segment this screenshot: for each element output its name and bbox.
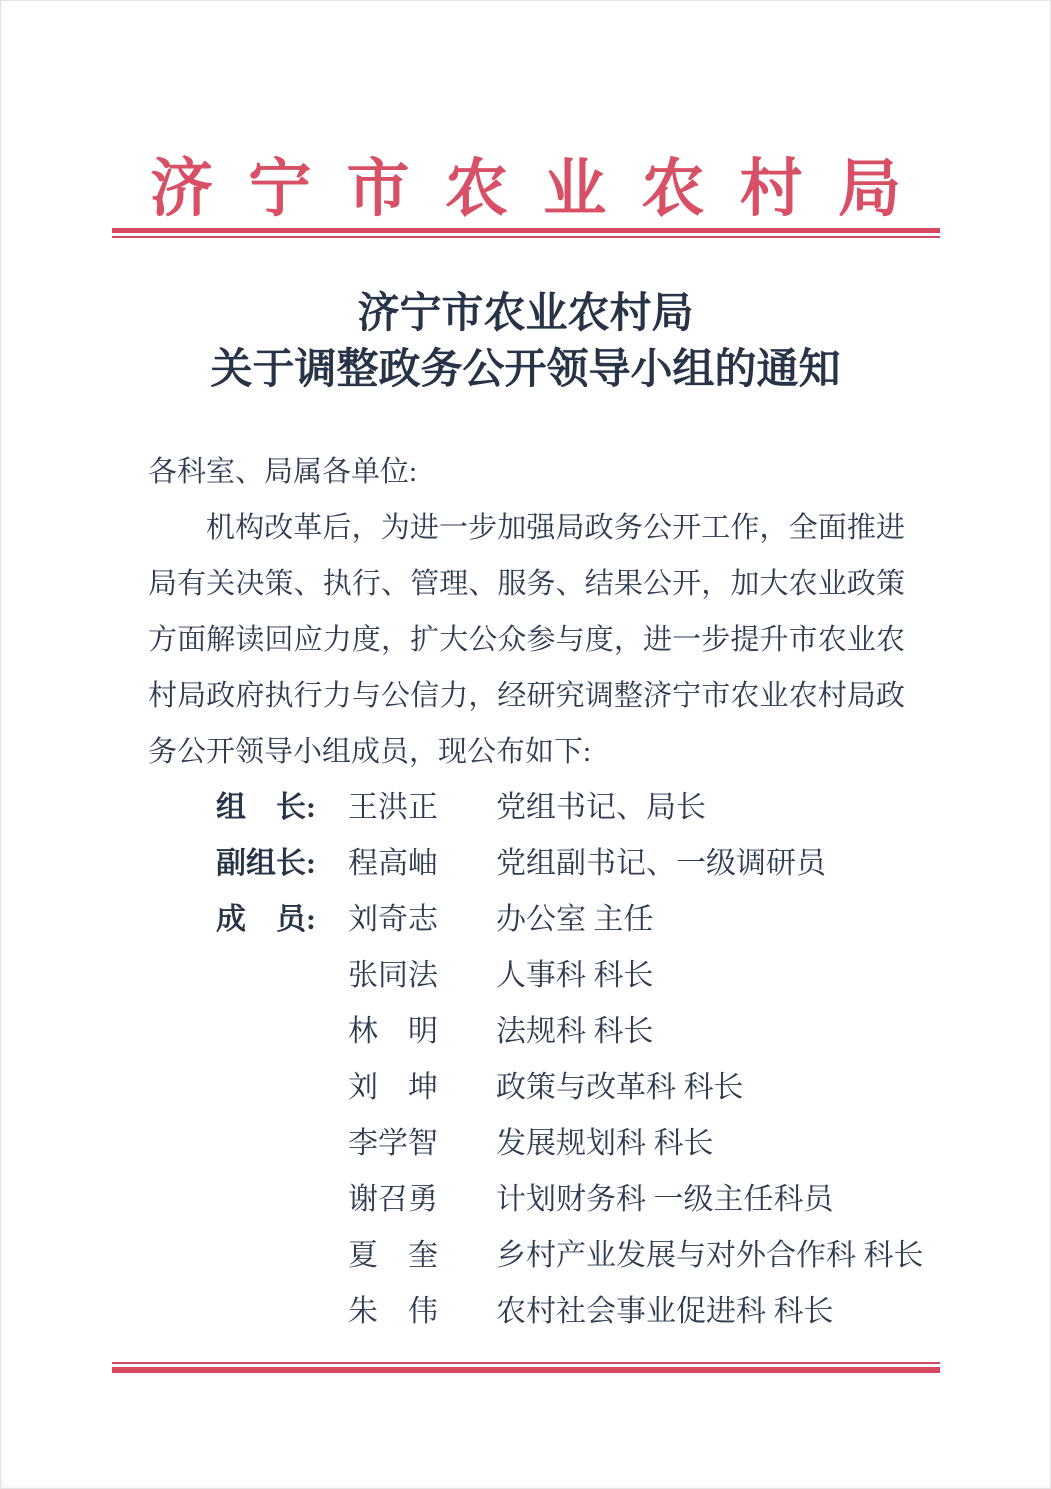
member-row: 李学智发展规划科 科长 [148, 1116, 905, 1172]
member-row: 谢召勇计划财务科 一级主任科员 [148, 1172, 905, 1228]
member-name: 谢召勇 [348, 1172, 496, 1228]
paragraph-line: 机构改革后，为进一步加强局政务公开工作，全面推进 [148, 500, 905, 556]
member-role-label: 副组长: [216, 836, 348, 892]
member-role-label: 成 员: [216, 892, 348, 948]
letterhead-org-name: 济宁市农业农村局 [0, 138, 1051, 229]
document-body: 各科室、局属各单位: 机构改革后，为进一步加强局政务公开工作，全面推进 局有关决… [148, 444, 905, 1340]
paragraph-line: 村局政府执行力与公信力，经研究调整济宁市农业农村局政 [148, 668, 905, 724]
paragraph-line: 务公开领导小组成员，现公布如下: [148, 724, 905, 780]
member-row: 朱 伟农村社会事业促进科 科长 [148, 1284, 905, 1340]
member-row: 副组长:程高岫党组副书记、一级调研员 [148, 836, 905, 892]
member-position: 法规科 科长 [496, 1004, 654, 1060]
member-row: 成 员:刘奇志办公室 主任 [148, 892, 905, 948]
member-row: 林 明法规科 科长 [148, 1004, 905, 1060]
member-position: 人事科 科长 [496, 948, 654, 1004]
member-name: 夏 奎 [348, 1228, 496, 1284]
member-name: 朱 伟 [348, 1284, 496, 1340]
intro-paragraph: 机构改革后，为进一步加强局政务公开工作，全面推进 局有关决策、执行、管理、服务、… [148, 500, 905, 780]
member-name: 林 明 [348, 1004, 496, 1060]
member-name: 王洪正 [348, 780, 496, 836]
paragraph-line: 局有关决策、执行、管理、服务、结果公开，加大农业政策 [148, 556, 905, 612]
member-row: 刘 坤政策与改革科 科长 [148, 1060, 905, 1116]
header-divider-rule [112, 228, 940, 238]
member-row: 张同法人事科 科长 [148, 948, 905, 1004]
document-title: 济宁市农业农村局 关于调整政务公开领导小组的通知 [0, 286, 1051, 398]
member-row: 组 长:王洪正党组书记、局长 [148, 780, 905, 836]
member-position: 政策与改革科 科长 [496, 1060, 744, 1116]
member-position: 农村社会事业促进科 科长 [496, 1284, 834, 1340]
member-name: 刘奇志 [348, 892, 496, 948]
member-role-label: 组 长: [216, 780, 348, 836]
member-position: 党组书记、局长 [496, 780, 706, 836]
document-title-line2: 关于调整政务公开领导小组的通知 [0, 342, 1051, 398]
member-position: 乡村产业发展与对外合作科 科长 [496, 1228, 924, 1284]
salutation: 各科室、局属各单位: [148, 444, 905, 500]
member-position: 计划财务科 一级主任科员 [496, 1172, 834, 1228]
member-name: 张同法 [348, 948, 496, 1004]
document-title-line1: 济宁市农业农村局 [0, 286, 1051, 342]
document-page: 济宁市农业农村局 济宁市农业农村局 关于调整政务公开领导小组的通知 各科室、局属… [0, 0, 1051, 1489]
member-position: 党组副书记、一级调研员 [496, 836, 826, 892]
leadership-group-list: 组 长:王洪正党组书记、局长 副组长:程高岫党组副书记、一级调研员 成 员:刘奇… [148, 780, 905, 1340]
member-position: 发展规划科 科长 [496, 1116, 714, 1172]
member-name: 李学智 [348, 1116, 496, 1172]
member-position: 办公室 主任 [496, 892, 654, 948]
header-divider-thin-line [112, 236, 940, 238]
member-name: 刘 坤 [348, 1060, 496, 1116]
footer-divider-thick-line [112, 1367, 940, 1373]
member-name: 程高岫 [348, 836, 496, 892]
paragraph-line: 方面解读回应力度，扩大公众参与度，进一步提升市农业农 [148, 612, 905, 668]
footer-divider-rule [112, 1362, 940, 1373]
member-row: 夏 奎乡村产业发展与对外合作科 科长 [148, 1228, 905, 1284]
